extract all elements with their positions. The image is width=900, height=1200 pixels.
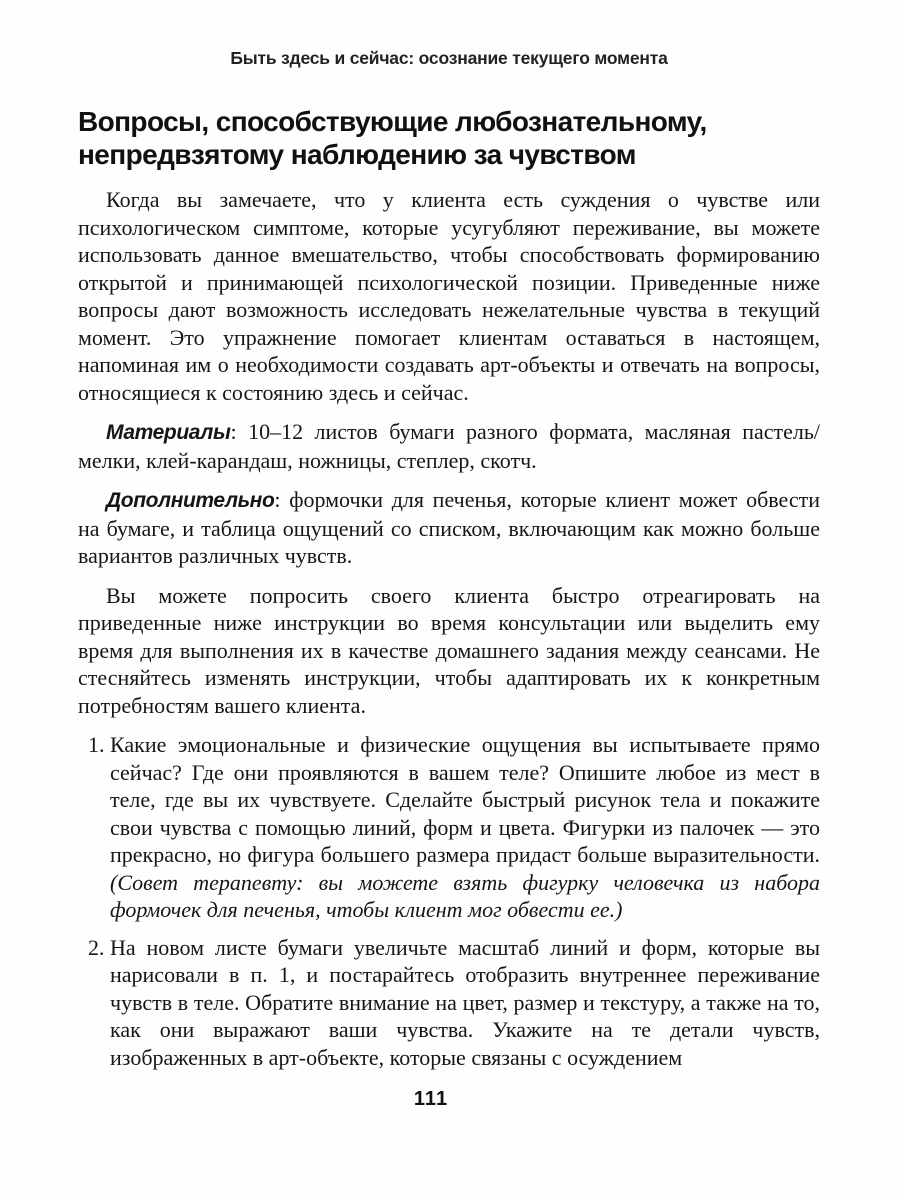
section-heading: Вопросы, способствующие любознательному,… (78, 105, 820, 171)
therapist-tip-text: (Совет терапевту: вы можете взять фигурк… (110, 870, 820, 923)
instruction-list: 1.Какие эмоциональные и физические ощуще… (78, 731, 820, 1071)
materials-label: Материалы (106, 421, 231, 444)
intro-paragraph: Когда вы замечаете, что у клиента есть с… (78, 186, 820, 406)
page-number: 111 (60, 1088, 802, 1111)
list-item-text: Какие эмоциональные и физические ощущени… (110, 732, 820, 867)
book-page: Быть здесь и сейчас: осознание текущего … (0, 0, 900, 1200)
additional-label: Дополнительно (106, 489, 274, 512)
list-item: 1.Какие эмоциональные и физические ощуще… (110, 731, 820, 924)
list-item-number: 2. (88, 934, 105, 962)
instructions-intro-paragraph: Вы можете попросить своего клиента быстр… (78, 582, 820, 720)
running-header: Быть здесь и сейчас: осознание текущего … (78, 48, 820, 69)
list-item-number: 1. (88, 731, 105, 759)
additional-paragraph: Дополнительно: формочки для печенья, кот… (78, 486, 820, 570)
materials-paragraph: Материалы: 10–12 листов бумаги разного ф… (78, 418, 820, 474)
list-item-text: На новом листе бумаги увеличьте масштаб … (110, 935, 820, 1070)
list-item: 2.На новом листе бумаги увеличьте масшта… (110, 934, 820, 1072)
